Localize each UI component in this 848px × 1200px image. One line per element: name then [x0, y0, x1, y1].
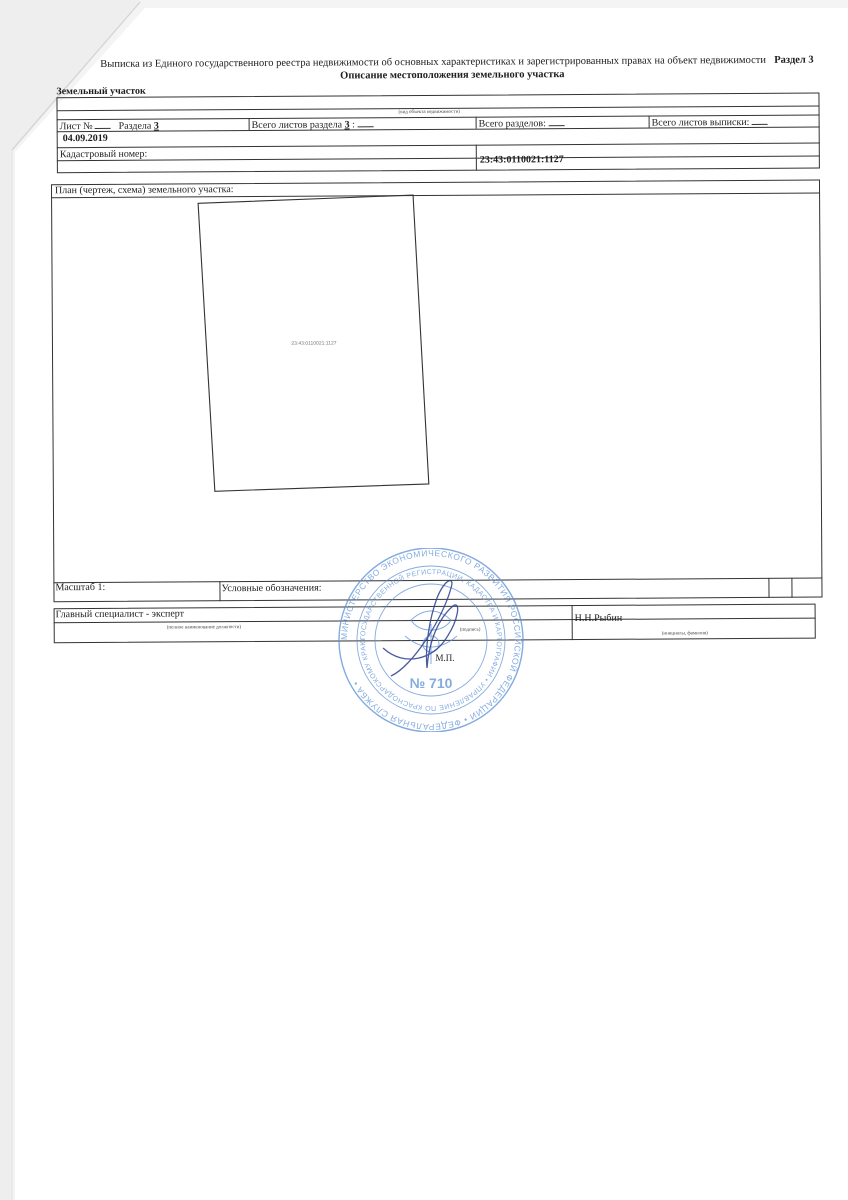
official-name: Н.Н.Рыбин	[575, 613, 623, 624]
extract-page: Выписка из Единого государственного реес…	[0, 0, 848, 1200]
name-caption: (инициалы, фамилия)	[662, 631, 708, 636]
legend-label: Условные обозначения:	[221, 583, 321, 595]
signature-caption: (подпись)	[460, 628, 481, 633]
scale-label: Масштаб 1:	[55, 582, 105, 593]
official-position: Главный специалист - эксперт	[56, 608, 184, 620]
parcel-cadastral-label: 23:43:0110021:1127	[291, 341, 336, 347]
position-caption: (полное наименование должности)	[167, 625, 241, 630]
parcel-plan-drawing: 23:43:0110021:1127	[0, 0, 848, 1200]
